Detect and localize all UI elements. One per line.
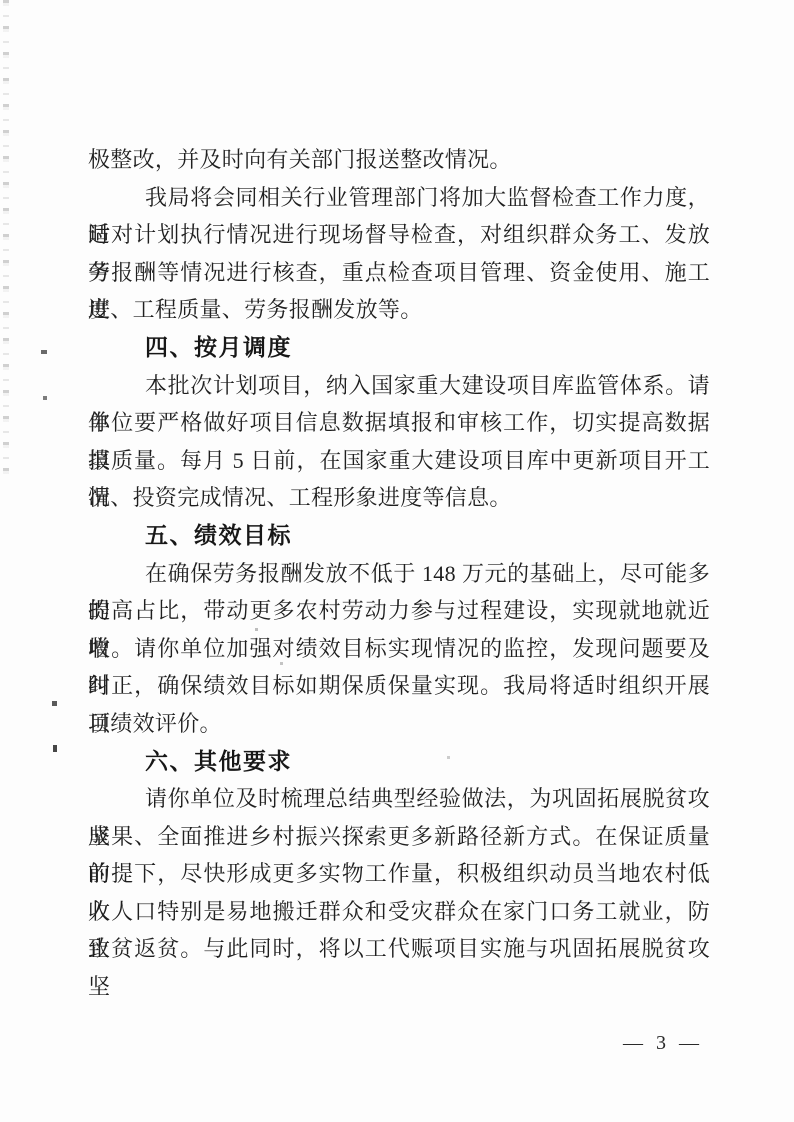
document-page: 极整改，并及时向有关部门报送整改情况。我局将会同相关行业管理部门将加大监督检查工…: [0, 0, 794, 1122]
document-line: 提高占比，带动更多农村劳动力参与过程建设，实现就地就近增: [88, 592, 710, 630]
document-line: 度、工程质量、劳务报酬发放等。: [88, 291, 710, 329]
document-line: 务报酬等情况进行核查，重点检查项目管理、资金使用、施工进: [88, 254, 710, 292]
document-line: 单位要严格做好项目信息数据填报和审核工作，切实提高数据填: [88, 404, 710, 442]
document-line: 在确保劳务报酬发放不低于 148 万元的基础上，尽可能多的: [88, 555, 710, 593]
document-line: 入人口特别是易地搬迁群众和受灾群众在家门口务工就业，防止: [88, 893, 710, 931]
document-line: 我局将会同相关行业管理部门将加大监督检查工作力度，适: [88, 179, 710, 217]
document-line: 报质量。每月 5 日前，在国家重大建设项目库中更新项目开工情: [88, 442, 710, 480]
document-line: 收。请你单位加强对绩效目标实现情况的监控，发现问题要及时: [88, 630, 710, 668]
scan-speck: [41, 350, 47, 354]
document-line: 极整改，并及时向有关部门报送整改情况。: [88, 141, 710, 179]
document-line: 本批次计划项目，纳入国家重大建设项目库监管体系。请你: [88, 367, 710, 405]
page-number: — 3 —: [608, 1032, 718, 1055]
document-body: 极整改，并及时向有关部门报送整改情况。我局将会同相关行业管理部门将加大监督检查工…: [88, 141, 710, 968]
document-line: 目绩效评价。: [88, 705, 710, 743]
document-line: 况、投资完成情况、工程形象进度等信息。: [88, 479, 710, 517]
scan-speck: [53, 745, 57, 752]
document-line: 纠正，确保绩效目标如期保质保量实现。我局将适时组织开展项: [88, 667, 710, 705]
scan-speck: [52, 701, 57, 706]
document-line: 成果、全面推进乡村振兴探索更多新路径新方式。在保证质量的: [88, 818, 710, 856]
section-heading: 六、其他要求: [88, 743, 710, 781]
document-line: 致贫返贫。与此同时，将以工代赈项目实施与巩固拓展脱贫攻坚: [88, 930, 710, 968]
scan-noise-strip: [3, 0, 9, 478]
document-line: 前提下，尽快形成更多实物工作量，积极组织动员当地农村低收: [88, 855, 710, 893]
document-line: 请你单位及时梳理总结典型经验做法，为巩固拓展脱贫攻坚: [88, 780, 710, 818]
scan-speck: [43, 396, 47, 400]
section-heading: 四、按月调度: [88, 329, 710, 367]
document-line: 时对计划执行情况进行现场督导检查，对组织群众务工、发放劳: [88, 216, 710, 254]
section-heading: 五、绩效目标: [88, 517, 710, 555]
